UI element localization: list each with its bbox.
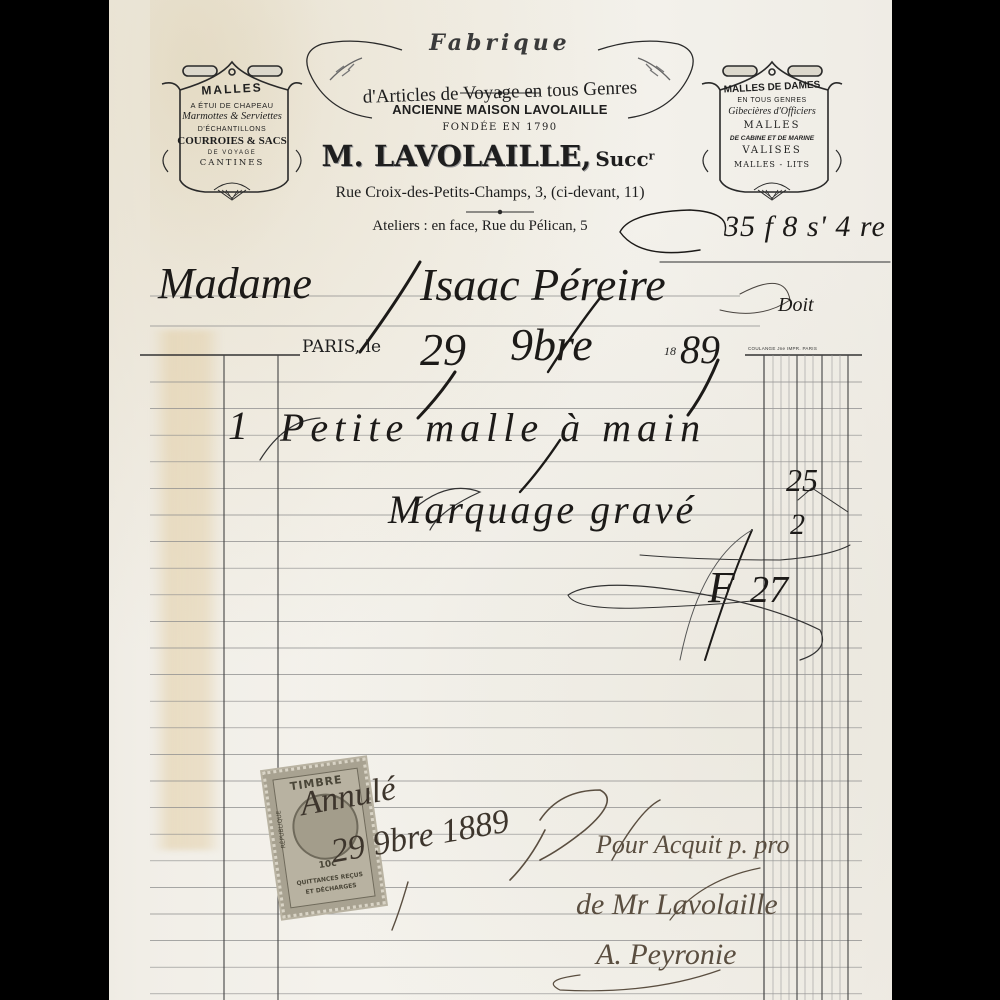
total-label: F — [708, 562, 735, 613]
total-amount: 27 — [750, 568, 788, 612]
line-item-amount: 2 — [790, 508, 805, 542]
acquit-line-2: de Mr Lavolaille — [576, 888, 778, 922]
acquit-line-1: Pour Acquit p. pro — [596, 830, 790, 860]
recipient-prefix: Madame — [158, 258, 312, 309]
line-item-description: Marquage gravé — [388, 486, 696, 533]
signature: A. Peyronie — [596, 938, 737, 972]
debtor-label: Doit — [778, 294, 814, 317]
line-item-description: Petite malle à main — [280, 404, 706, 451]
date-day: 29 — [420, 323, 466, 376]
date-month: 9bre — [510, 318, 593, 371]
recipient-name: Isaac Péreire — [420, 258, 666, 311]
year-suffix: 89 — [680, 326, 720, 373]
line-item-amount: 25 — [786, 462, 818, 499]
account-reference: 35 f 8 s' 4 re — [724, 210, 886, 244]
stamp-side: RÉPUBLIQUE — [273, 794, 290, 864]
line-item-qty: 1 — [228, 402, 248, 449]
